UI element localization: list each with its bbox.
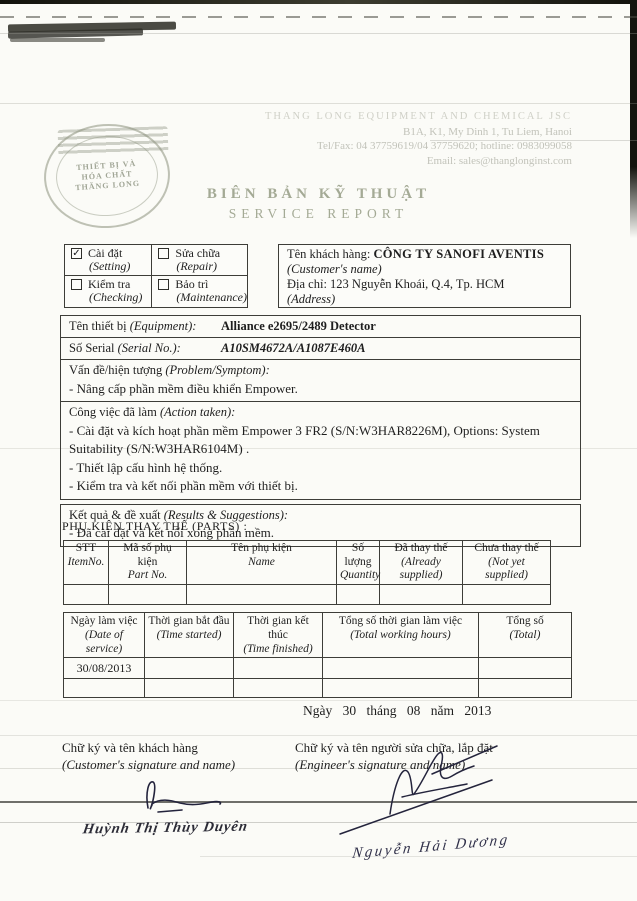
report-date: Ngày 30 tháng 08 năm 2013 bbox=[303, 703, 491, 719]
document-title: BIÊN BẢN KỸ THUẬT SERVICE REPORT bbox=[0, 186, 637, 222]
service-type-cell-maintenance: Bảo trì (Maintenance) bbox=[152, 276, 247, 307]
work-col-time-finished: Thời gian kết thúc(Time finished) bbox=[234, 613, 323, 658]
service-report-scan: THANG LONG EQUIPMENT AND CHEMICAL JSC B1… bbox=[0, 0, 637, 901]
problem-section: Vấn đề/hiện tượng (Problem/Symptom): - N… bbox=[60, 359, 581, 401]
equipment-row: Tên thiết bị (Equipment): Alliance e2695… bbox=[60, 315, 581, 337]
work-row-1: 30/08/2013 bbox=[64, 658, 572, 679]
scan-line bbox=[0, 700, 637, 701]
service-type-sublabel: (Maintenance) bbox=[176, 291, 247, 304]
customer-signature-name: Huỳnh Thị Thùy Duyên bbox=[81, 819, 249, 839]
main-form: Tên thiết bị (Equipment): Alliance e2695… bbox=[60, 315, 581, 547]
serial-label: Số Serial (Serial No.): bbox=[69, 339, 221, 358]
parts-table: STTItemNo. Mã số phụ kiệnPart No. Tên ph… bbox=[63, 540, 551, 605]
parts-col-partno: Mã số phụ kiệnPart No. bbox=[109, 541, 187, 585]
customer-name-line: Tên khách hàng: CÔNG TY SANOFI AVENTIS bbox=[287, 247, 562, 262]
customer-signature-label: Chữ ký và tên khách hàng bbox=[62, 739, 235, 756]
company-email: Email: sales@thanglonginst.com bbox=[160, 154, 572, 169]
parts-col-name: Tên phụ kiệnName bbox=[187, 541, 337, 585]
service-type-cell-checking: Kiểm tra (Checking) bbox=[65, 276, 152, 307]
letterhead: THANG LONG EQUIPMENT AND CHEMICAL JSC B1… bbox=[160, 110, 572, 168]
scan-noise-line bbox=[0, 16, 637, 18]
problem-text: - Nâng cấp phần mềm điều khiển Empower. bbox=[69, 380, 572, 399]
parts-cell bbox=[463, 584, 551, 604]
parts-cell bbox=[380, 584, 463, 604]
customer-name-value: CÔNG TY SANOFI AVENTIS bbox=[373, 247, 544, 261]
scan-smudge bbox=[10, 38, 105, 42]
checkbox-checking bbox=[71, 279, 82, 290]
service-type-sublabel: (Checking) bbox=[89, 291, 151, 304]
stamp-text: HÓA CHẤT bbox=[81, 169, 132, 183]
work-cell bbox=[145, 679, 234, 698]
parts-col-not-yet-supplied: Chưa thay thế (Not yet supplied) bbox=[463, 541, 551, 585]
action-section: Công việc đã làm (Action taken): - Cài đ… bbox=[60, 401, 581, 499]
parts-col-itemno: STTItemNo. bbox=[64, 541, 109, 585]
stamp-text: THIẾT BỊ VÀ bbox=[76, 159, 137, 173]
scan-line bbox=[0, 735, 637, 736]
work-cell bbox=[323, 679, 479, 698]
parts-cell bbox=[109, 584, 187, 604]
work-cell bbox=[234, 679, 323, 698]
work-cell bbox=[479, 679, 572, 698]
customer-signature-sublabel: (Customer's signature and name) bbox=[62, 756, 235, 773]
customer-name-sublabel: (Customer's name) bbox=[287, 262, 562, 277]
work-col-total-hours: Tổng số thời gian làm việc(Total working… bbox=[323, 613, 479, 658]
service-type-sublabel: (Repair) bbox=[176, 260, 247, 273]
parts-col-already-supplied: Đã thay thế(Already supplied) bbox=[380, 541, 463, 585]
service-type-sublabel: (Setting) bbox=[89, 260, 151, 273]
problem-label: Vấn đề/hiện tượng (Problem/Symptom): bbox=[69, 361, 572, 380]
parts-empty-row bbox=[64, 584, 551, 604]
parts-col-quantity: Số lượngQuantity bbox=[337, 541, 380, 585]
action-label: Công việc đã làm (Action taken): bbox=[69, 403, 572, 422]
work-header-row: Ngày làm việc(Date of service) Thời gian… bbox=[64, 613, 572, 658]
customer-signature-block: Chữ ký và tên khách hàng (Customer's sig… bbox=[62, 739, 235, 773]
work-time-table: Ngày làm việc(Date of service) Thời gian… bbox=[63, 612, 572, 698]
work-cell bbox=[234, 658, 323, 679]
service-type-cell-repair: Sửa chữa (Repair) bbox=[152, 245, 247, 276]
scan-line bbox=[0, 33, 637, 34]
equipment-value: Alliance e2695/2489 Detector bbox=[221, 317, 376, 336]
work-cell bbox=[323, 658, 479, 679]
work-date-value: 30/08/2013 bbox=[64, 658, 145, 679]
company-address: B1A, K1, My Dinh 1, Tu Liem, Hanoi bbox=[160, 125, 572, 140]
signature-rule-line bbox=[0, 801, 637, 803]
title-vietnamese: BIÊN BẢN KỸ THUẬT bbox=[0, 186, 637, 203]
section-divider bbox=[60, 499, 581, 500]
title-english: SERVICE REPORT bbox=[0, 206, 637, 222]
checkbox-repair bbox=[158, 248, 169, 259]
parts-cell bbox=[64, 584, 109, 604]
customer-address-sublabel: (Address) bbox=[287, 292, 562, 307]
customer-address-value: 123 Nguyễn Khoái, Q.4, Tp. HCM bbox=[330, 277, 504, 291]
parts-header-row: STTItemNo. Mã số phụ kiệnPart No. Tên ph… bbox=[64, 541, 551, 585]
checkbox-setting-checked: ✓ bbox=[71, 248, 82, 259]
work-cell bbox=[145, 658, 234, 679]
action-text-2: - Thiết lập cấu hình hệ thống. bbox=[69, 459, 572, 478]
engineer-signature-ink bbox=[332, 742, 502, 842]
action-text-3: - Kiểm tra và kết nối phần mềm với thiết… bbox=[69, 477, 572, 496]
checkbox-maintenance bbox=[158, 279, 169, 290]
work-cell bbox=[64, 679, 145, 698]
parts-cell bbox=[337, 584, 380, 604]
customer-address-label: Địa chỉ: bbox=[287, 277, 330, 291]
customer-signature-ink bbox=[138, 776, 248, 818]
customer-name-label: Tên khách hàng: bbox=[287, 247, 373, 261]
scan-line bbox=[0, 103, 637, 104]
serial-row: Số Serial (Serial No.): A10SM4672A/A1087… bbox=[60, 337, 581, 359]
work-col-time-started: Thời gian bắt đầu(Time started) bbox=[145, 613, 234, 658]
service-type-cell-setting: ✓ Cài đặt (Setting) bbox=[65, 245, 152, 276]
work-col-date: Ngày làm việc(Date of service) bbox=[64, 613, 145, 658]
customer-address-line: Địa chỉ: 123 Nguyễn Khoái, Q.4, Tp. HCM bbox=[287, 277, 562, 292]
company-name: THANG LONG EQUIPMENT AND CHEMICAL JSC bbox=[160, 110, 572, 125]
work-cell bbox=[479, 658, 572, 679]
service-type-table: ✓ Cài đặt (Setting) Sửa chữa (Repair) Ki… bbox=[64, 244, 248, 308]
work-col-total: Tổng số(Total) bbox=[479, 613, 572, 658]
parts-section-label: PHỤ KIỆN THAY THẾ (PARTS) : bbox=[62, 519, 247, 534]
parts-cell bbox=[187, 584, 337, 604]
equipment-label: Tên thiết bị (Equipment): bbox=[69, 317, 221, 336]
action-text-1: - Cài đặt và kích hoạt phần mềm Empower … bbox=[69, 422, 572, 459]
scan-edge-top bbox=[0, 0, 637, 4]
serial-value: A10SM4672A/A1087E460A bbox=[221, 339, 365, 358]
customer-info-box: Tên khách hàng: CÔNG TY SANOFI AVENTIS (… bbox=[278, 244, 571, 308]
company-phone: Tel/Fax: 04 37759619/04 37759620; hotlin… bbox=[160, 139, 572, 154]
work-row-2 bbox=[64, 679, 572, 698]
